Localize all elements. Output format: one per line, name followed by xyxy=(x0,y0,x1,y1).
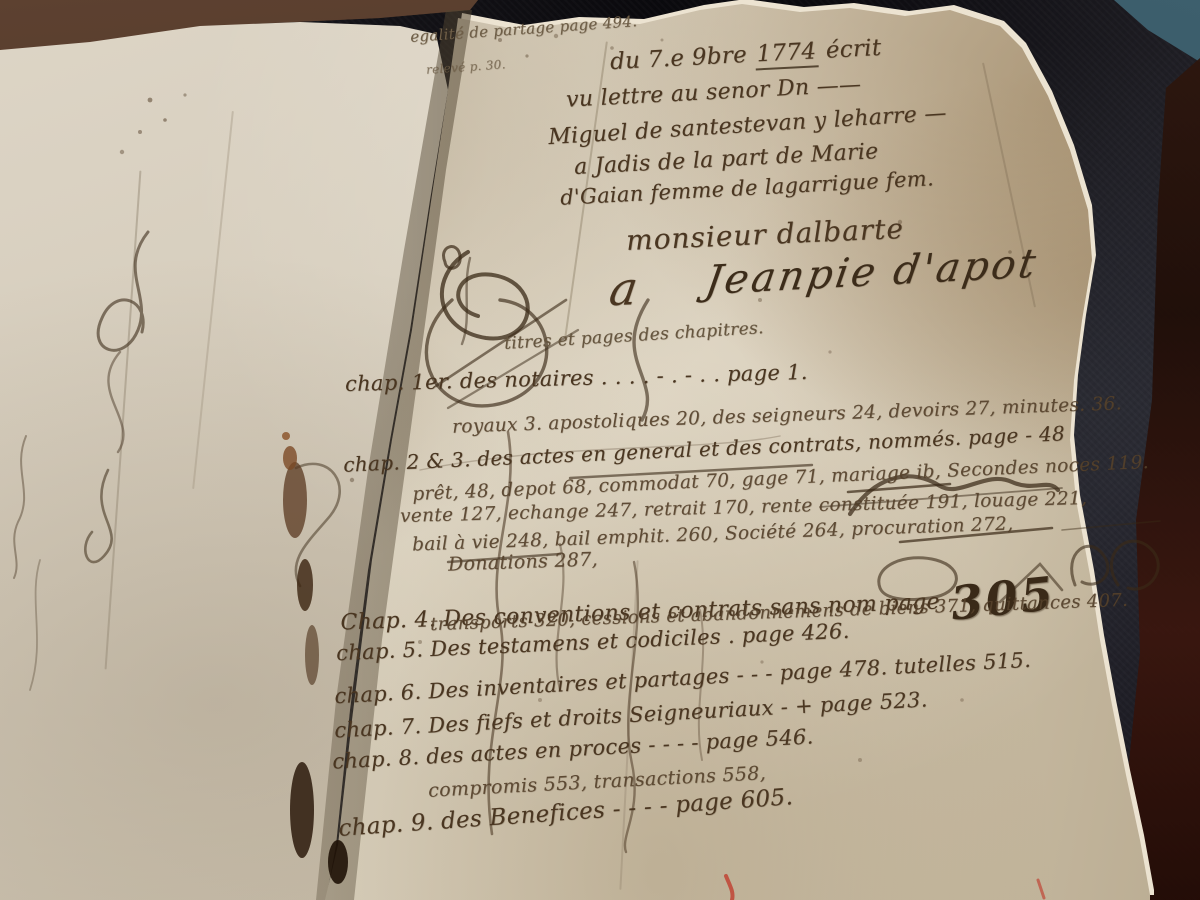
speckle xyxy=(661,39,664,42)
damage-spot xyxy=(290,762,314,858)
ink-flourish xyxy=(85,470,111,562)
speckle xyxy=(148,98,153,103)
red-mark xyxy=(726,876,733,900)
ink-scribble xyxy=(442,252,528,338)
damage-spot xyxy=(283,446,297,470)
speckle xyxy=(138,130,142,134)
speckle xyxy=(960,698,964,702)
heading-descender-flourish xyxy=(634,300,648,420)
speckle xyxy=(163,118,167,122)
red-marks xyxy=(726,876,1044,900)
speckle xyxy=(858,758,862,762)
damage-spot xyxy=(328,840,348,884)
speckle xyxy=(120,150,124,154)
ink-flourish xyxy=(98,232,148,350)
manuscript-photo-scene: egalité de partage page 494. relevé p. 3… xyxy=(0,0,1200,900)
date-year: 1774 xyxy=(754,38,819,70)
damage-spot xyxy=(282,432,290,440)
flourish-curl xyxy=(1111,541,1158,589)
speckle xyxy=(350,478,354,482)
ink-flourish xyxy=(30,560,40,690)
ink-flourish xyxy=(14,436,26,578)
speckle xyxy=(828,350,831,353)
ink-flourish xyxy=(108,352,123,452)
speckle xyxy=(183,93,186,96)
damage-spot xyxy=(305,625,319,685)
damage-spot xyxy=(297,559,313,611)
damage-spot xyxy=(283,462,307,538)
trailing-dash xyxy=(1062,521,1160,530)
red-mark xyxy=(1038,880,1044,898)
speckle xyxy=(538,698,542,702)
speckle xyxy=(525,54,528,57)
date-suffix: écrit xyxy=(825,35,882,64)
flourish-after-305 xyxy=(1072,546,1108,585)
